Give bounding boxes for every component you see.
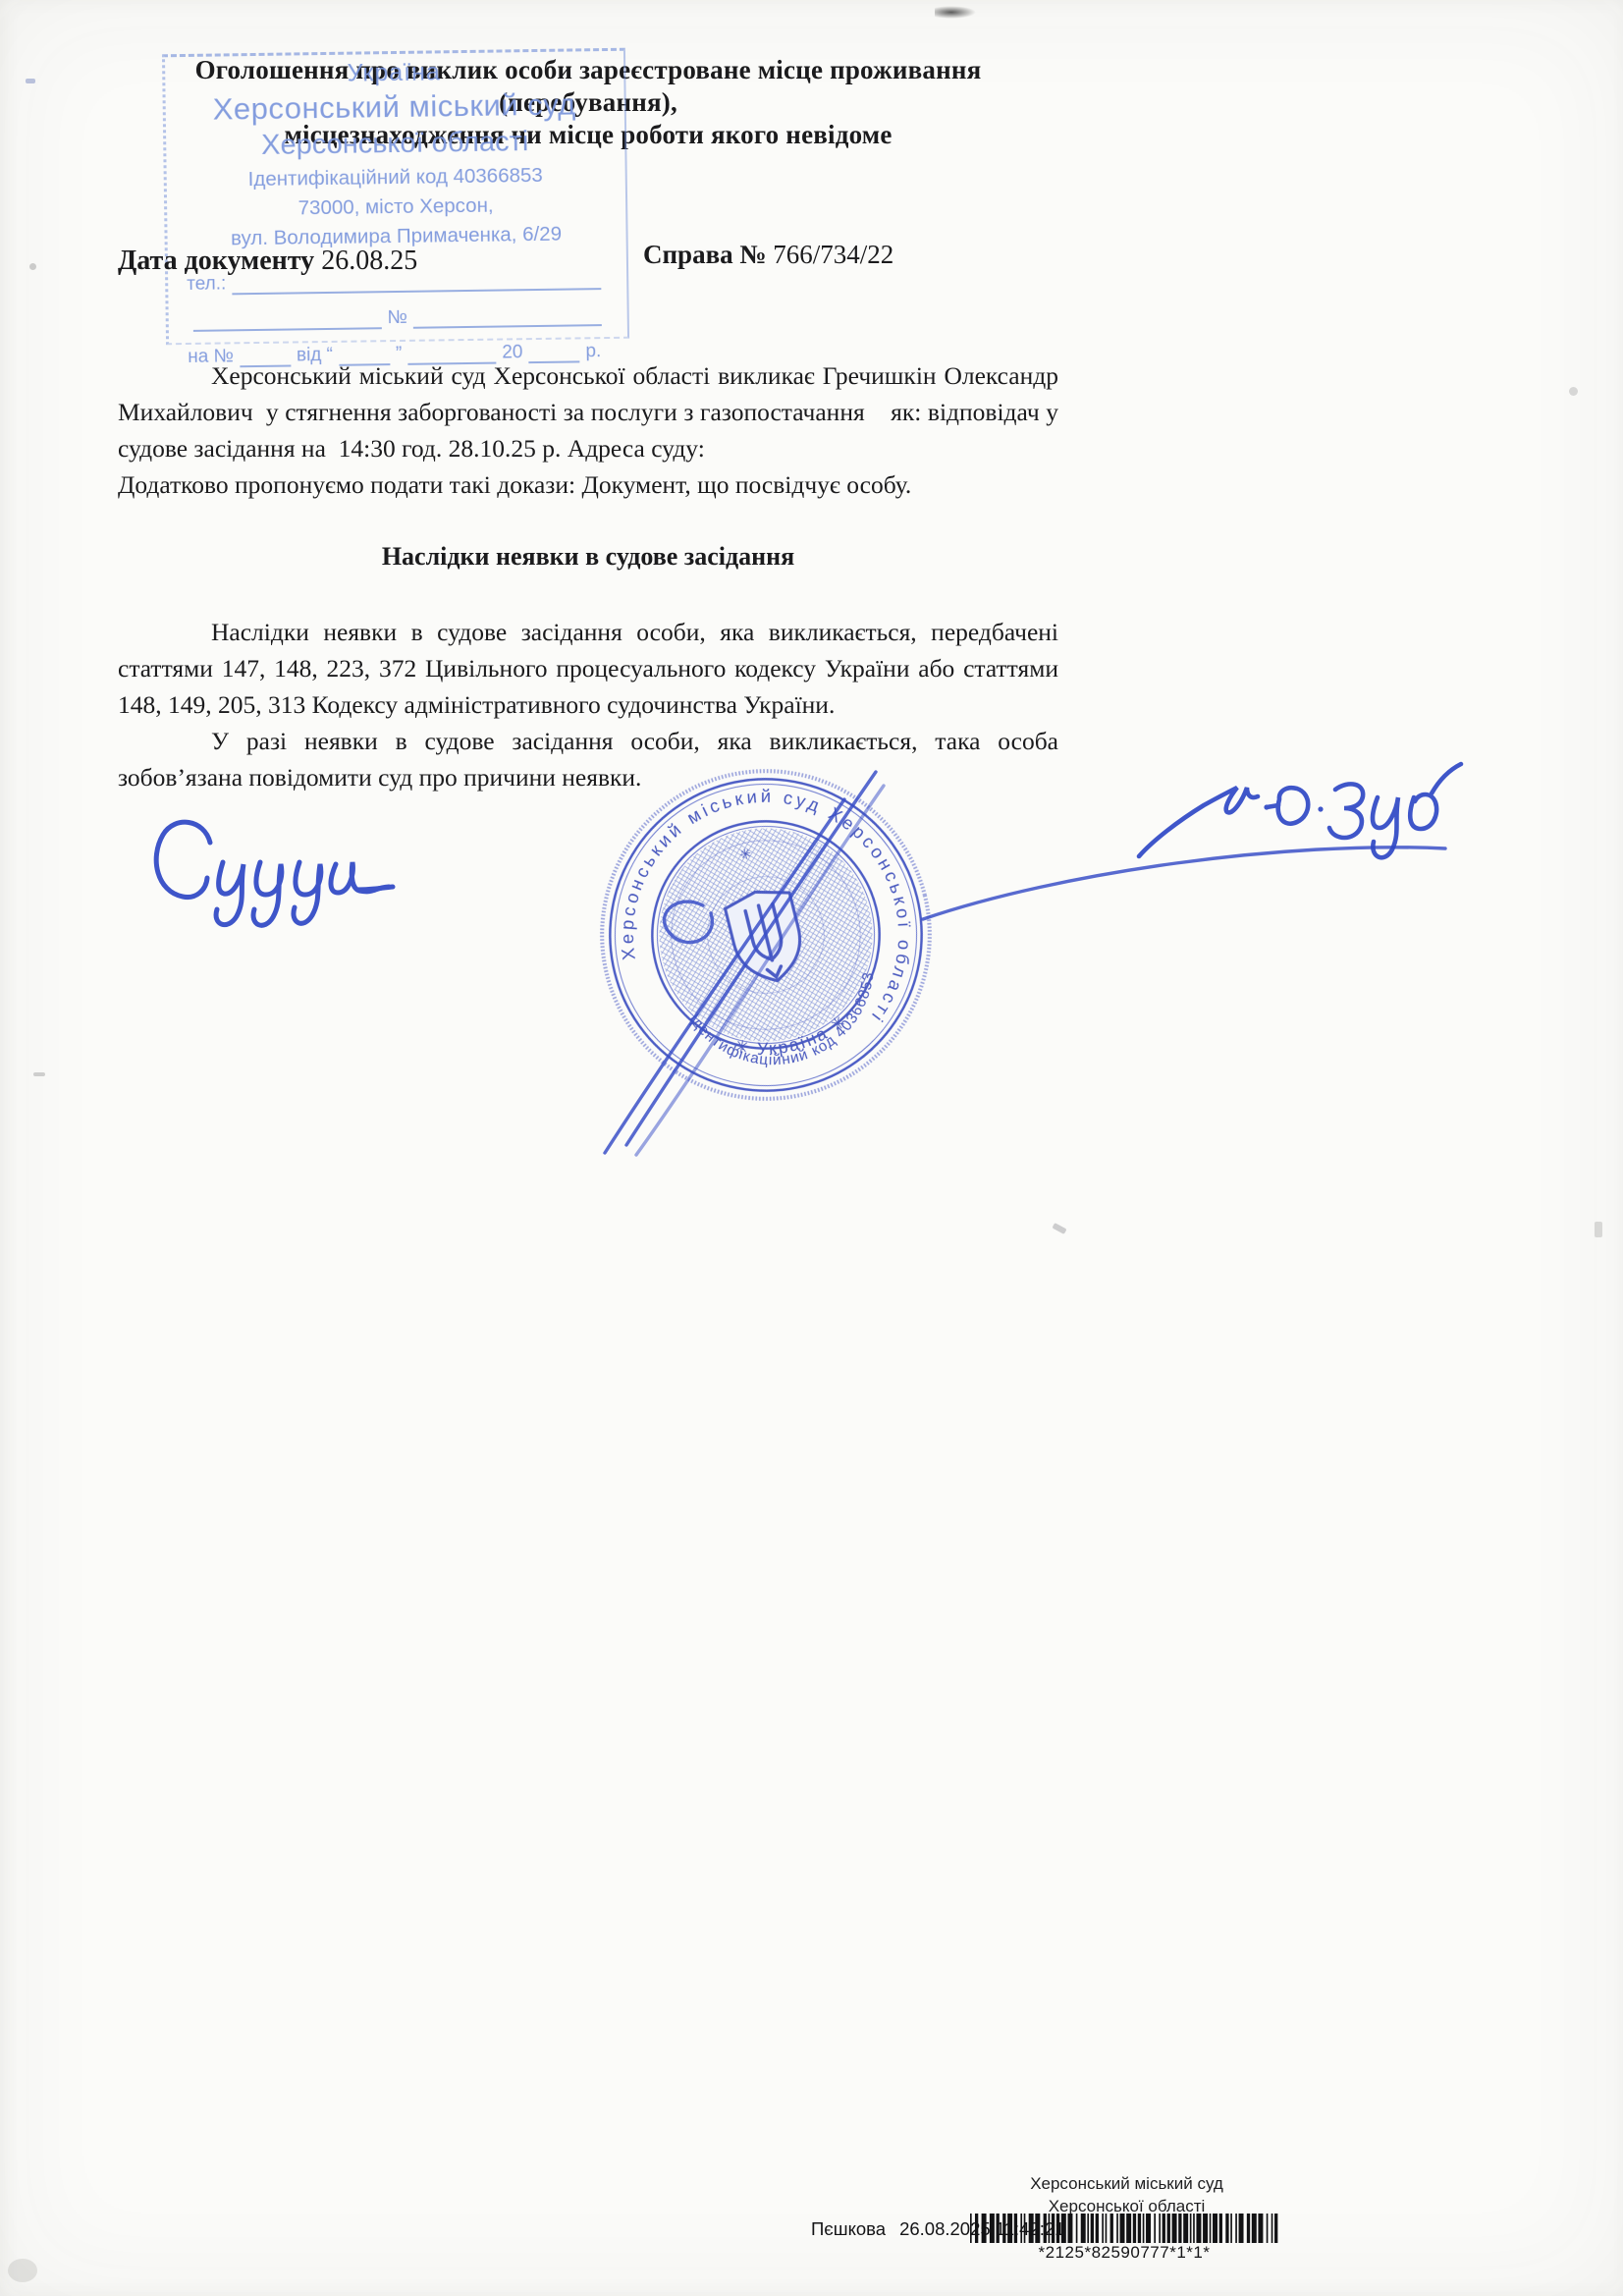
paragraph-obligation: У разі неявки в судове засідання особи, … [118, 723, 1058, 795]
scan-artifact [26, 79, 35, 83]
scan-artifact [33, 1072, 45, 1076]
footer-court-line1: Херсонський міський суд [1011, 2172, 1242, 2195]
seal-country-text: ✳ Україна ✳ [729, 1009, 855, 1069]
svg-text:Херсонський міський суд Херсон: Херсонський міський суд Херсонської обла… [595, 764, 937, 1086]
footer-operator-name: Пєшкова [811, 2218, 886, 2239]
paragraph-evidence: Додатково пропонуємо подати такі докази:… [118, 466, 1058, 503]
scan-artifact [935, 6, 976, 19]
svg-text:Ідентифікаційний код 40366853: Ідентифікаційний код 40366853 [683, 967, 894, 1090]
scan-artifact [1052, 1223, 1066, 1234]
stamp-court-name: Херсонський міський суд [171, 86, 619, 128]
seal-ring-text: Херсонський міський суд Херсонської обла… [595, 764, 937, 1086]
stamp-country: Україна [170, 56, 618, 90]
case-number-line: Справа № 766/734/22 [643, 240, 893, 270]
scan-artifact [8, 2259, 37, 2282]
judge-signature [1119, 737, 1473, 884]
svg-text:✳ Україна ✳: ✳ Україна ✳ [729, 1009, 855, 1069]
date-value: 26.08.25 [321, 246, 417, 276]
stamp-address-1: 73000, місто Херсон, [172, 192, 620, 222]
seal-trident-emblem [723, 884, 809, 989]
scan-artifact [29, 263, 36, 270]
paragraph-consequences: Наслідки неявки в судове засідання особи… [118, 614, 1058, 723]
court-seal: Херсонський міський суд Херсонської обла… [595, 764, 937, 1106]
stamp-id-code: Ідентифікаційний код 40366853 [172, 163, 620, 192]
scanned-court-document: { "header": { "title_line1": "Оголошення… [0, 0, 1623, 2296]
case-value: 766/734/22 [773, 240, 893, 269]
judge-handwriting-suddia [126, 805, 401, 938]
stamp-outno-blank [193, 306, 382, 332]
section-heading: Наслідки неявки в судове засідання [118, 538, 1058, 574]
document-body: Херсонський міський суд Херсонської обла… [118, 357, 1058, 795]
scan-artifact [1569, 387, 1578, 396]
barcode [970, 2214, 1279, 2243]
stamp-court-region: Херсонської області [171, 125, 619, 163]
seal-top-star: ✳ [738, 846, 754, 863]
footer-court-name: Херсонський міський суд Херсонської обла… [1011, 2172, 1242, 2217]
stamp-no-blank [413, 303, 602, 329]
seal-id-text: Ідентифікаційний код 40366853 [683, 967, 894, 1090]
barcode-number: *2125*82590777*1*1* [1016, 2243, 1232, 2263]
scan-artifact [1595, 1222, 1602, 1237]
court-office-stamp: Україна Херсонський міський суд Херсонсь… [162, 48, 629, 346]
document-date-line: Дата документу 26.08.25 [118, 246, 417, 277]
date-label: Дата документу [118, 246, 314, 276]
stamp-no-symbol: № [387, 307, 407, 329]
paragraph-summons: Херсонський міський суд Херсонської обла… [118, 357, 1058, 466]
case-label: Справа № [643, 240, 767, 269]
